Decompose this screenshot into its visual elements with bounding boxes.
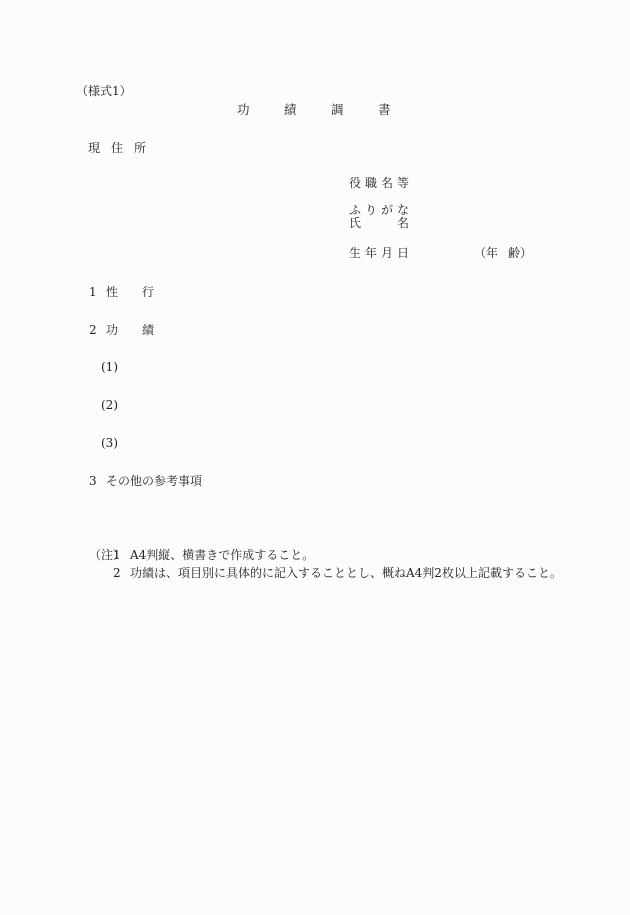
title-char: 調 <box>331 103 344 117</box>
achievement-item: (2) <box>101 398 118 412</box>
section-number: 1 <box>89 285 97 299</box>
title-char: 績 <box>284 103 297 117</box>
title-char: 功 <box>237 103 250 117</box>
form-label: （様式1） <box>76 84 132 98</box>
section-number: 2 <box>89 323 97 337</box>
section-heading: その他の参考事項 <box>106 474 202 488</box>
note-number: 2 <box>113 566 121 580</box>
title-char: 書 <box>378 103 391 117</box>
note-text: A4判縦、横書きで作成すること。 <box>130 548 314 562</box>
note-number: 1 <box>113 548 121 562</box>
note-text: 功績は、項目別に具体的に記入することとし、概ねA4判2枚以上記載すること。 <box>130 566 562 580</box>
achievement-item: (3) <box>101 436 118 450</box>
section-number: 3 <box>89 474 97 488</box>
achievement-item: (1) <box>101 360 118 374</box>
